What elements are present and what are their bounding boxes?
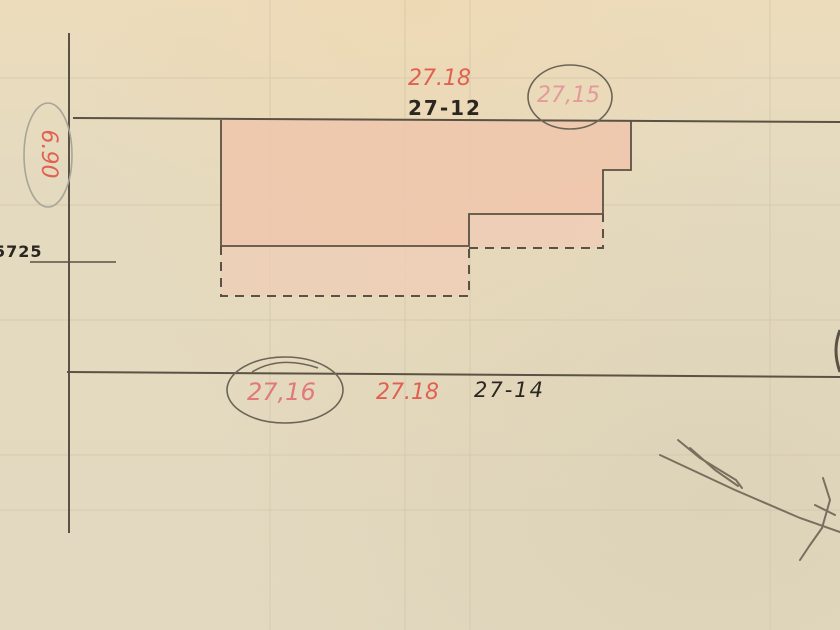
bottom-circled-elevation-label: 27,16 — [247, 380, 316, 404]
top-black-elevation-label: 27-12 — [408, 98, 482, 118]
left-offset-value-label: 5725 — [0, 244, 43, 260]
building-extension-fill — [221, 246, 469, 296]
bottom-black-elevation-label: 27-14 — [474, 380, 545, 401]
building-annex-fill — [469, 214, 603, 248]
faint-grid — [0, 0, 840, 630]
top-circled-elevation-label: 27,15 — [537, 85, 600, 107]
survey-plan-drawing — [0, 0, 840, 630]
top-red-elevation-label: 27.18 — [408, 68, 471, 90]
arrow-stroke-bottom — [252, 362, 318, 372]
bottom-street-line — [67, 372, 840, 377]
bottom-red-elevation-label: 27.18 — [376, 382, 439, 404]
partial-circle-right-edge — [836, 330, 840, 372]
pencil-sketch-marks — [660, 440, 840, 560]
left-circled-vertical-label: 6.90 — [37, 129, 59, 179]
